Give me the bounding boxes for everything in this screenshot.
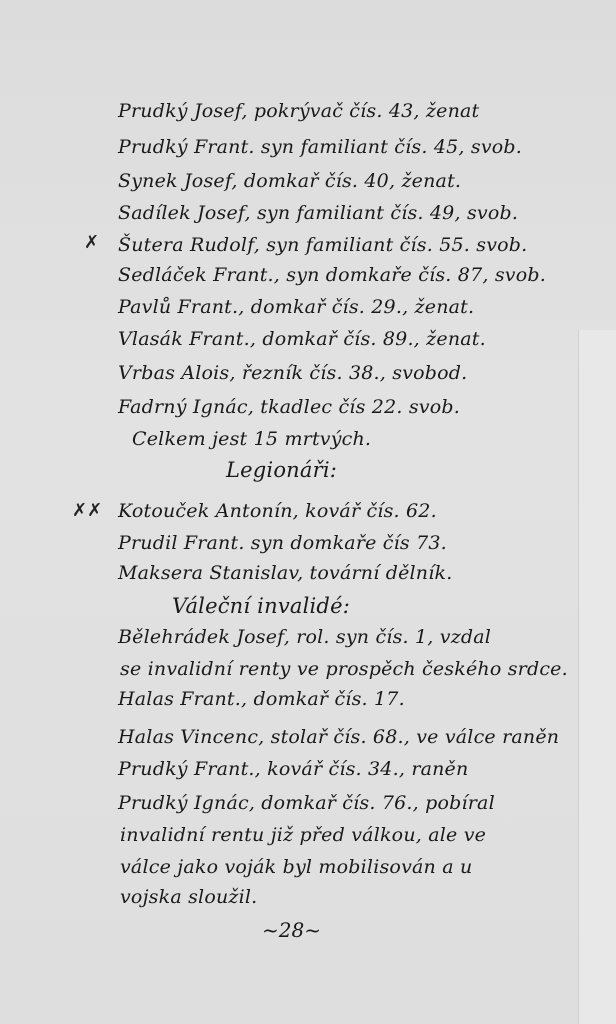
entry-line: invalidní rentu již před válkou, ale ve: [120, 824, 486, 846]
entry-line: Bělehrádek Josef, rol. syn čís. 1, vzdal: [118, 626, 491, 648]
entry-line: Kotouček Antonín, kovář čís. 62.: [118, 500, 437, 522]
entry-line: Fadrný Ignác, tkadlec čís 22. svob.: [118, 396, 460, 418]
entry-line: Pavlů Frant., domkař čís. 29., ženat.: [118, 296, 474, 318]
margin-cross-mark: ✗: [84, 232, 99, 253]
entry-line: Prudký Josef, pokrývač čís. 43, ženat: [118, 100, 479, 122]
entry-line: Prudký Frant. syn familiant čís. 45, svo…: [118, 136, 522, 158]
margin-cross-mark: ✗✗: [72, 500, 102, 521]
entry-line: Šutera Rudolf, syn familiant čís. 55. sv…: [118, 234, 527, 256]
document-page: Prudký Josef, pokrývač čís. 43, ženat Pr…: [0, 0, 616, 1024]
section-heading-legionnaires: Legionáři:: [226, 458, 337, 482]
underlying-page-edge: [578, 330, 616, 1024]
total-line: Celkem jest 15 mrtvých.: [132, 428, 371, 450]
page-number: ~28~: [262, 918, 321, 942]
entry-line: válce jako voják byl mobilisován a u: [120, 856, 472, 878]
entry-line: Sadílek Josef, syn familiant čís. 49, sv…: [118, 202, 518, 224]
section-heading-invalids: Váleční invalidé:: [172, 594, 350, 618]
entry-line: Maksera Stanislav, tovární dělník.: [118, 562, 452, 584]
entry-line: Prudil Frant. syn domkaře čís 73.: [118, 532, 447, 554]
entry-line: Prudký Ignác, domkař čís. 76., pobíral: [118, 792, 495, 814]
entry-line: se invalidní renty ve prospěch českého s…: [120, 658, 568, 680]
entry-line: Sedláček Frant., syn domkaře čís. 87, sv…: [118, 264, 546, 286]
entry-line: vojska sloužil.: [120, 886, 257, 908]
entry-line: Vlasák Frant., domkař čís. 89., ženat.: [118, 328, 486, 350]
entry-line: Halas Frant., domkař čís. 17.: [118, 688, 405, 710]
entry-line: Synek Josef, domkař čís. 40, ženat.: [118, 170, 461, 192]
entry-line: Halas Vincenc, stolař čís. 68., ve válce…: [118, 726, 559, 748]
entry-line: Vrbas Alois, řezník čís. 38., svobod.: [118, 362, 467, 384]
entry-line: Prudký Frant., kovář čís. 34., raněn: [118, 758, 468, 780]
